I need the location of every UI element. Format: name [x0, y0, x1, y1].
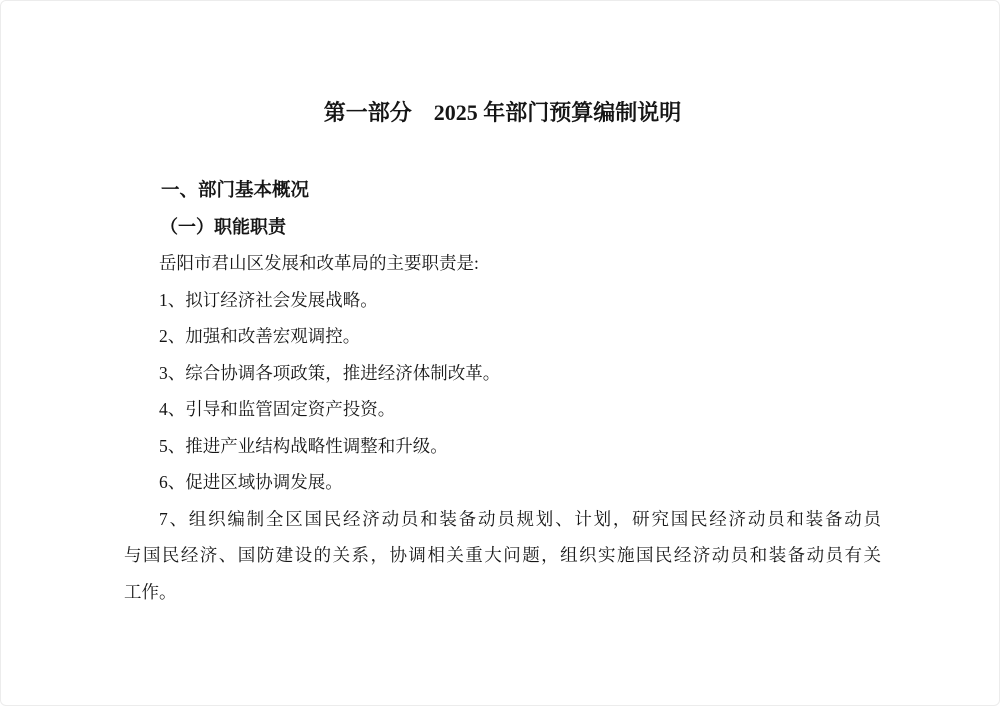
document-title: 第一部分 2025 年部门预算编制说明	[124, 95, 881, 131]
duty-item-2: 2、加强和改善宏观调控。	[124, 318, 881, 355]
section-heading-basic-overview: 一、部门基本概况	[124, 172, 881, 209]
document-page: 第一部分 2025 年部门预算编制说明 一、部门基本概况 （一）职能职责 岳阳市…	[0, 0, 1000, 706]
duty-item-4: 4、引导和监管固定资产投资。	[124, 391, 881, 428]
duty-item-3: 3、综合协调各项政策，推进经济体制改革。	[124, 355, 881, 392]
intro-paragraph: 岳阳市君山区发展和改革局的主要职责是:	[124, 245, 881, 282]
duty-item-7-line-3: 工作。	[124, 574, 881, 611]
duty-item-5: 5、推进产业结构战略性调整和升级。	[124, 428, 881, 465]
subsection-heading-duties: （一）职能职责	[124, 209, 881, 246]
duty-item-6: 6、促进区域协调发展。	[124, 464, 881, 501]
duty-item-7-line-1: 7、组织编制全区国民经济动员和装备动员规划、计划，研究国民经济动员和装备动员	[124, 501, 881, 538]
document-body: 第一部分 2025 年部门预算编制说明 一、部门基本概况 （一）职能职责 岳阳市…	[124, 95, 881, 610]
duty-item-7-line-2: 与国民经济、国防建设的关系，协调相关重大问题，组织实施国民经济动员和装备动员有关	[124, 537, 881, 574]
duty-item-1: 1、拟订经济社会发展战略。	[124, 282, 881, 319]
